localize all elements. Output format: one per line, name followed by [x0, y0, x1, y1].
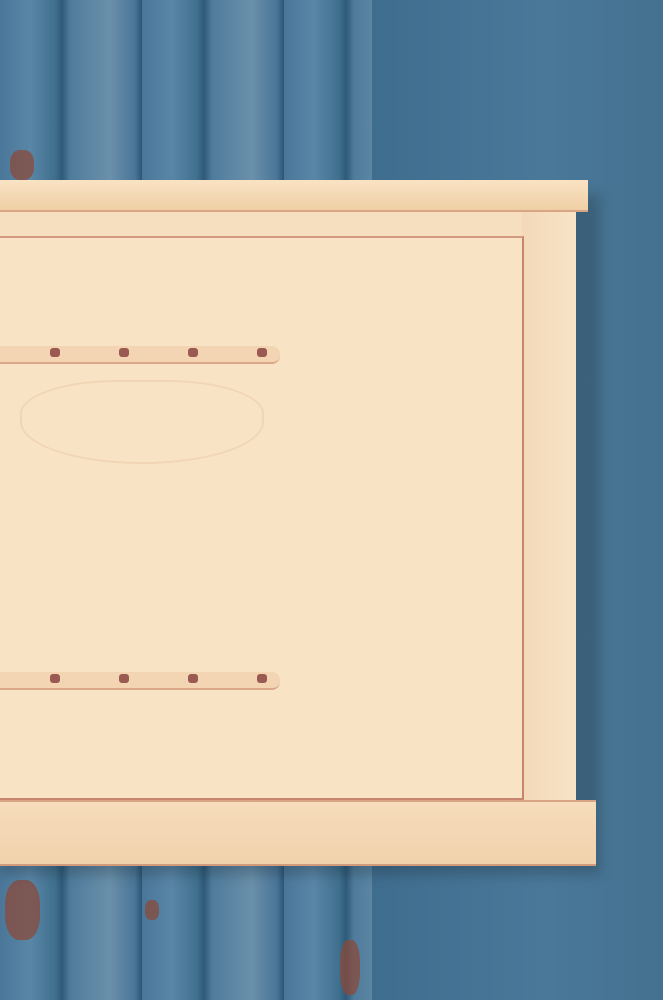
bolt-icon	[50, 348, 60, 357]
rust-spot	[145, 900, 159, 920]
sign-top-cap	[0, 180, 588, 212]
mounting-strip-bottom	[0, 672, 280, 690]
bolt-icon	[257, 674, 267, 683]
bolt-icon	[119, 348, 129, 357]
mounting-strip-top	[0, 346, 280, 364]
bolt-icon	[188, 348, 198, 357]
rust-spot	[340, 940, 360, 995]
rust-spot	[10, 150, 34, 180]
faded-graphic	[20, 380, 264, 464]
bolt-icon	[257, 348, 267, 357]
rust-spot	[5, 880, 40, 940]
bolt-icon	[188, 674, 198, 683]
sign-frame-edge	[522, 208, 576, 820]
bolt-icon	[119, 674, 129, 683]
sign-panel	[0, 236, 524, 800]
sign-bottom-rail	[0, 800, 596, 866]
bolt-icon	[50, 674, 60, 683]
